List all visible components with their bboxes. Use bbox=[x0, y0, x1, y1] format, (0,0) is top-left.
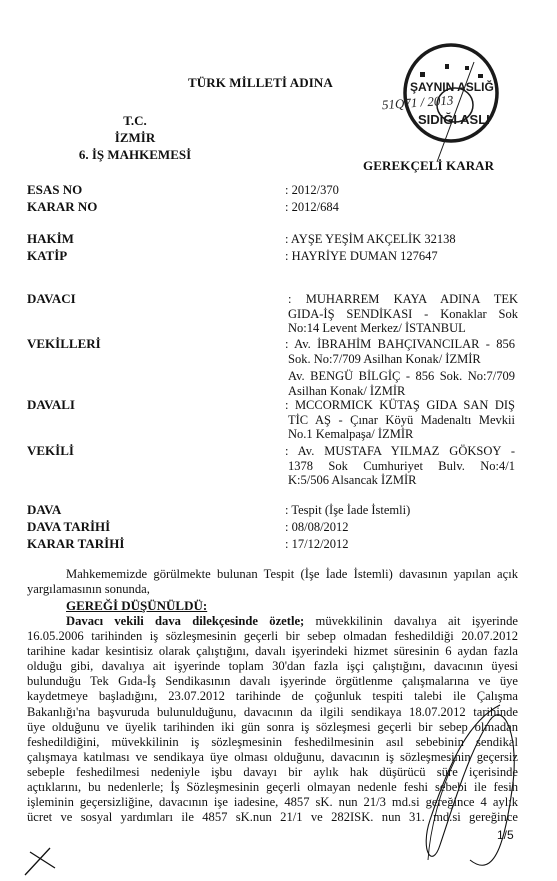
davaci-line: GIDA-İŞ SENDİKASI - Konaklar Sok bbox=[288, 307, 518, 322]
dava-tarihi-label: DAVA TARİHİ bbox=[27, 519, 110, 535]
para-lead: Davacı vekili dava dilekçesinde özetle; bbox=[66, 614, 304, 628]
para-line: olduğu gibi, davalıya ait işyerinde topl… bbox=[27, 659, 518, 674]
claim-paragraph: Davacı vekili dava dilekçesinde özetle; … bbox=[27, 614, 518, 825]
katip-value: : HAYRİYE DUMAN 127647 bbox=[285, 249, 438, 264]
para-first-rest: müvekkilinin davalıya ait işyerinde bbox=[304, 614, 518, 628]
davali-line: No.1 Kemalpaşa/ İZMİR bbox=[285, 427, 515, 442]
esas-no-label: ESAS NO bbox=[27, 182, 82, 198]
vekili-value: : Av. MUSTAFA YILMAZ GÖKSOY - 1378 Sok C… bbox=[285, 444, 515, 488]
vekili-line: K:5/506 Alsancak İZMİR bbox=[285, 473, 515, 488]
esas-no-value: : 2012/370 bbox=[285, 183, 339, 198]
court-line: 6. İŞ MAHKEMESİ bbox=[50, 146, 220, 163]
dava-value: : Tespit (İşe İade İstemli) bbox=[285, 503, 410, 518]
nation-title: TÜRK MİLLETİ ADINA bbox=[188, 75, 333, 91]
vekilleri-label: VEKİLLERİ bbox=[27, 336, 101, 352]
karar-no-label: KARAR NO bbox=[27, 199, 97, 215]
vekili-label: VEKİLİ bbox=[27, 443, 74, 459]
vekilleri-line: Asilhan Konak/ İZMİR bbox=[285, 384, 515, 399]
court-line: T.C. bbox=[50, 112, 220, 129]
davali-label: DAVALI bbox=[27, 397, 75, 413]
intro-line: yargılamasının sonunda, bbox=[27, 582, 518, 597]
davaci-label: DAVACI bbox=[27, 291, 76, 307]
vekilleri-line: : Av. İBRAHİM BAHÇIVANCILAR - 856 bbox=[285, 337, 515, 352]
section-heading: GEREĞİ DÜŞÜNÜLDÜ: bbox=[66, 598, 207, 614]
para-line: işleminin geçersizliğine, davacının işe … bbox=[27, 795, 518, 810]
vekilleri-value: : Av. İBRAHİM BAHÇIVANCILAR - 856 Sok. N… bbox=[285, 337, 515, 398]
para-line: üye olduğunu ve üyelik tarihinden iki gü… bbox=[27, 720, 518, 735]
vekili-line: : Av. MUSTAFA YILMAZ GÖKSOY - bbox=[285, 444, 515, 459]
karar-tarihi-label: KARAR TARİHİ bbox=[27, 536, 124, 552]
para-line: ücret ve sosyal yardımları ile 4857 sK.n… bbox=[27, 810, 518, 825]
karar-no-value: : 2012/684 bbox=[285, 200, 339, 215]
court-name: T.C. İZMİR 6. İŞ MAHKEMESİ bbox=[50, 112, 220, 163]
para-line: feshedildiğini, müvekkilinin iş sözleşme… bbox=[27, 735, 518, 750]
davali-value: : MCCORMICK KÜTAŞ GIDA SAN DIŞ TİC AŞ - … bbox=[285, 398, 515, 442]
intro-line: Mahkememizde görülmekte bulunan Tespit (… bbox=[27, 567, 518, 582]
para-line: tarihine kadar kesintisiz olarak çalıştı… bbox=[27, 644, 518, 659]
para-line: açtıklarını, bu nedenlerle; İş Sözleşmes… bbox=[27, 780, 518, 795]
davali-line: TİC AŞ - Çınar Köyü Madenaltı Mevkii bbox=[285, 413, 515, 428]
court-line: İZMİR bbox=[50, 129, 220, 146]
davali-line: : MCCORMICK KÜTAŞ GIDA SAN DIŞ bbox=[285, 398, 515, 413]
para-line: 16.05.2006 tarihinden iş sözleşmesinin g… bbox=[27, 629, 518, 644]
page-number: 1/5 bbox=[497, 828, 514, 842]
hakim-label: HAKİM bbox=[27, 231, 74, 247]
davaci-line: : MUHARREM KAYA ADINA TEK bbox=[288, 292, 518, 307]
dava-label: DAVA bbox=[27, 502, 61, 518]
davaci-line: No:14 Levent Merkez/ İSTANBUL bbox=[288, 321, 518, 336]
document-type: GEREKÇELİ KARAR bbox=[363, 158, 494, 174]
para-line: çalışmaya katılması ve sendikaya üye olm… bbox=[27, 750, 518, 765]
katip-label: KATİP bbox=[27, 248, 67, 264]
vekilleri-line: Sok. No:7/709 Asilhan Konak/ İZMİR bbox=[285, 352, 515, 367]
davaci-value: : MUHARREM KAYA ADINA TEK GIDA-İŞ SENDİK… bbox=[288, 292, 518, 336]
dava-tarihi-value: : 08/08/2012 bbox=[285, 520, 349, 535]
intro-paragraph: Mahkememizde görülmekte bulunan Tespit (… bbox=[27, 567, 518, 597]
para-line: bulunduğu Tek Gıda-İş Sendikasının daval… bbox=[27, 674, 518, 689]
vekilleri-line: Av. BENGÜ BİLGİÇ - 856 Sok. No:7/709 bbox=[285, 369, 515, 384]
para-first-line: Davacı vekili dava dilekçesinde özetle; … bbox=[27, 614, 518, 629]
para-line: sebeple feshedilmesi nedeniyle işbu dava… bbox=[27, 765, 518, 780]
hakim-value: : AYŞE YEŞİM AKÇELİK 32138 bbox=[285, 232, 456, 247]
para-line: Bakanlığı'na başvuruda bulunulduğunu, da… bbox=[27, 705, 518, 720]
karar-tarihi-value: : 17/12/2012 bbox=[285, 537, 349, 552]
vekili-line: 1378 Sok Cumhuriyet Bulv. No:4/1 bbox=[285, 459, 515, 474]
para-line: kaydetmeye başladığını, 23.07.2012 tarih… bbox=[27, 689, 518, 704]
